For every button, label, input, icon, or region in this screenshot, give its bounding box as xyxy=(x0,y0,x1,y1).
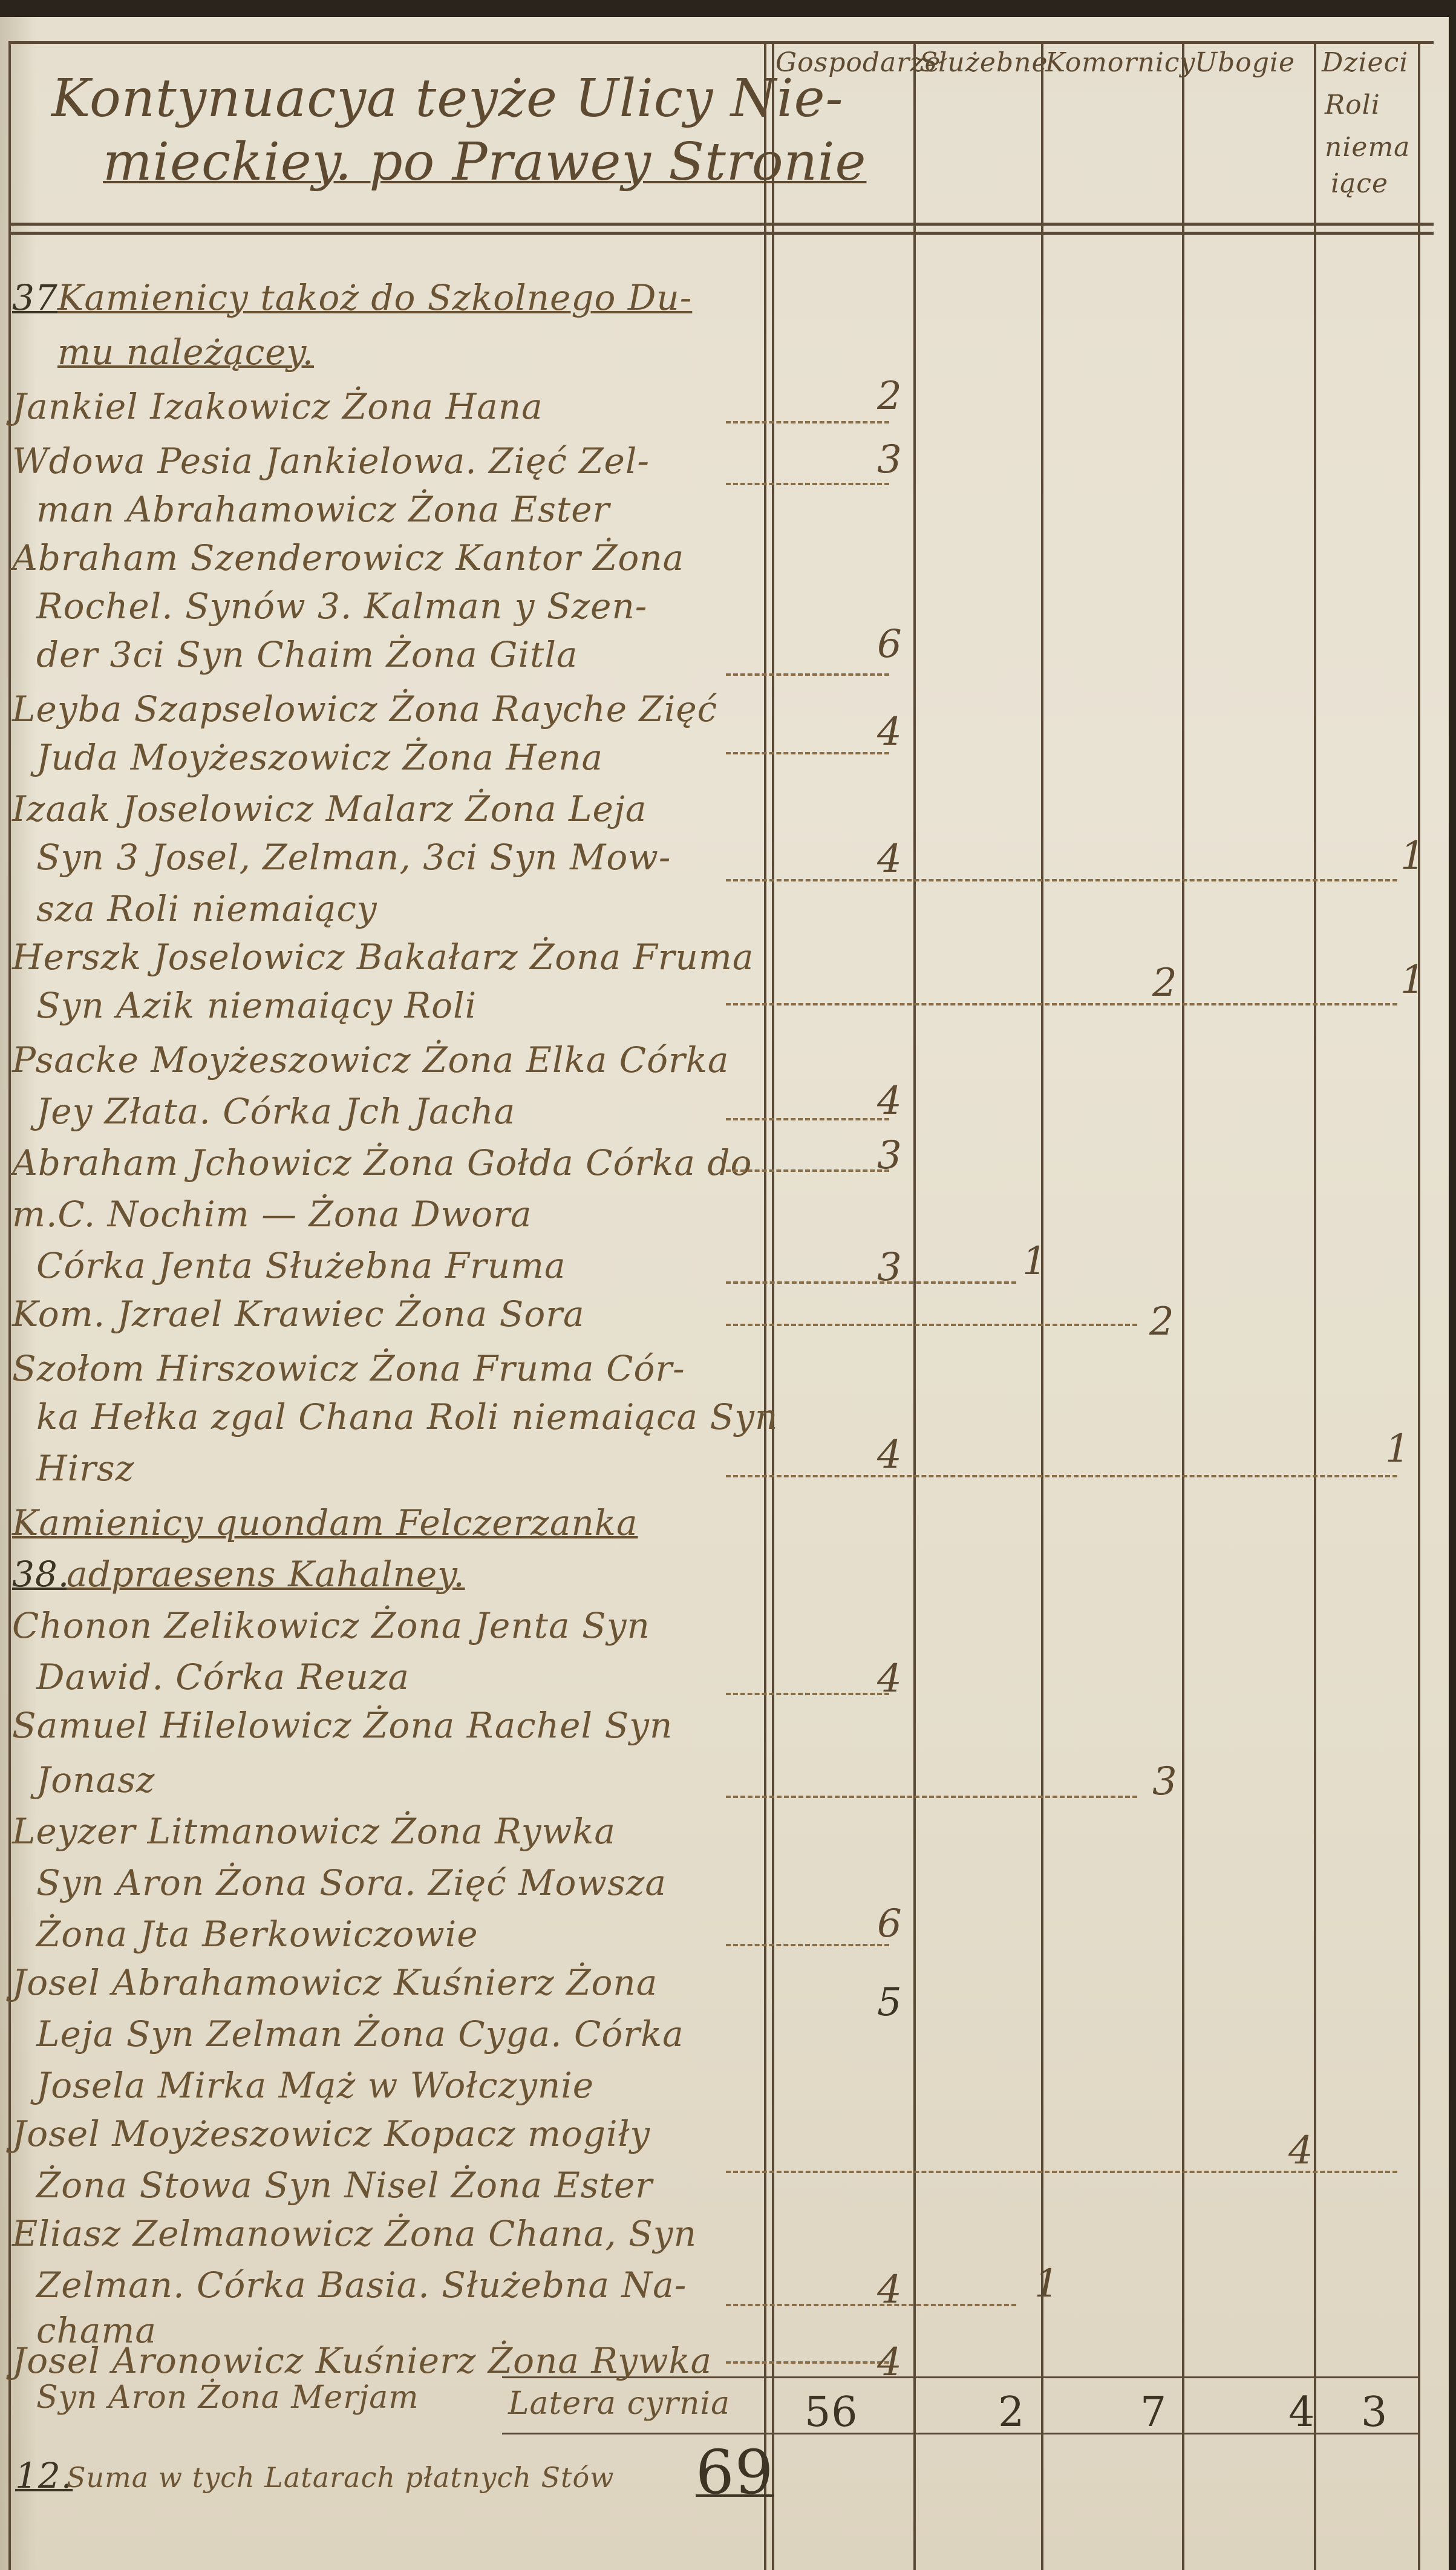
column-header-sluzebne: Służebne xyxy=(919,47,1048,78)
header-divider-line-1 xyxy=(9,223,1434,226)
leader-line xyxy=(726,1693,889,1695)
section-38-heading-1: Kamienicy quondam Felczerzanka xyxy=(12,1502,638,1543)
entry-line: Dawid. Córka Reuza xyxy=(36,1656,410,1698)
entry-line: Leyzer Litmanowicz Żona Rywka xyxy=(12,1811,616,1852)
section-37-heading-1: Kamienicy takoż do Szkolnego Du- xyxy=(57,277,692,318)
entry-line: Hirsz xyxy=(36,1448,134,1489)
value-komornicy: 3 xyxy=(1152,1759,1178,1804)
value-gospodarze: 4 xyxy=(877,1656,903,1701)
leader-line xyxy=(726,2361,889,2364)
entry-line: sza Roli niemaiący xyxy=(36,888,377,929)
totals-label: Latera cyrnia xyxy=(508,2385,730,2422)
entry-line: der 3ci Syn Chaim Żona Gitla xyxy=(36,634,578,675)
value-sluzebne: 1 xyxy=(1034,2261,1060,2306)
komornicy-column-line xyxy=(1182,41,1184,2570)
column-header-dzieci-2: Roli xyxy=(1325,90,1380,120)
name-column-line-2 xyxy=(772,41,774,2570)
value-gospodarze: 3 xyxy=(877,1245,903,1290)
entry-line: Abraham Jchowicz Żona Gołda Córka do xyxy=(12,1142,752,1183)
leader-line xyxy=(726,1944,889,1946)
entry-line: m.C. Nochim — Żona Dwora xyxy=(12,1194,532,1235)
sluzebne-column-line xyxy=(1041,41,1043,2570)
entry-line: Abraham Szenderowicz Kantor Żona xyxy=(12,537,684,578)
page-title-line-2: mieckiey. po Prawey Stronie xyxy=(103,132,866,192)
leader-line xyxy=(726,1796,1137,1798)
value-gospodarze: 3 xyxy=(877,1133,903,1178)
value-gospodarze: 6 xyxy=(877,622,903,667)
entry-line: Jonasz xyxy=(36,1759,155,1800)
entry-line: Córka Jenta Służebna Fruma xyxy=(36,1245,566,1286)
value-gospodarze: 4 xyxy=(877,710,903,754)
value-ubogie: 4 xyxy=(1288,2128,1314,2173)
entry-line: Herszk Joselowicz Bakałarz Żona Fruma xyxy=(12,937,754,978)
entry-line: Wdowa Pesia Jankielowa. Zięć Zel- xyxy=(12,440,650,482)
totals-bottom-line xyxy=(502,2433,1418,2434)
entry-line: man Abrahamowicz Żona Ester xyxy=(36,489,610,530)
entry-line: Szołom Hirszowicz Żona Fruma Cór- xyxy=(12,1348,685,1389)
header-divider-line-2 xyxy=(9,232,1434,235)
column-header-ubogie: Ubogie xyxy=(1195,47,1295,78)
entry-line: Zelman. Córka Basia. Służebna Na- xyxy=(36,2264,687,2306)
value-gospodarze: 4 xyxy=(877,2268,903,2312)
total-sluzebne: 2 xyxy=(998,2389,1025,2436)
value-gospodarze: 4 xyxy=(877,837,903,881)
total-ubogie: 4 xyxy=(1288,2389,1315,2436)
total-gospodarze: 56 xyxy=(805,2389,858,2436)
value-gospodarze: 5 xyxy=(877,1980,903,2025)
leader-line xyxy=(726,673,889,676)
value-gospodarze: 6 xyxy=(877,1901,903,1946)
column-header-gospodarze: Gospodarze xyxy=(775,47,941,78)
entry-line: Samuel Hilelowicz Żona Rachel Syn xyxy=(12,1705,673,1746)
leader-line xyxy=(726,1118,889,1120)
leader-line xyxy=(726,1281,1016,1284)
name-column-line-1 xyxy=(764,41,766,2570)
value-dzieci: 1 xyxy=(1400,834,1426,878)
entry-line: Josel Moyżeszowicz Kopacz mogiły xyxy=(12,2113,650,2154)
page-title-line-1: Kontynuacya teyże Ulicy Nie- xyxy=(51,68,844,129)
entry-line: Jey Złata. Córka Jch Jacha xyxy=(36,1091,515,1132)
leader-line xyxy=(726,1324,1137,1326)
gospodarze-column-line xyxy=(913,41,916,2570)
left-border-line xyxy=(8,41,11,2570)
value-sluzebne: 1 xyxy=(1022,1239,1048,1284)
total-komornicy: 7 xyxy=(1140,2389,1167,2436)
leader-line xyxy=(726,1169,889,1172)
column-header-dzieci-4: iące xyxy=(1331,168,1388,199)
entry-line: Juda Moyżeszowicz Żona Hena xyxy=(36,737,603,778)
entry-line: Josela Mirka Mąż w Wołczynie xyxy=(36,2065,594,2106)
leader-line xyxy=(726,752,889,754)
entry-line: Leja Syn Zelman Żona Cyga. Córka xyxy=(36,2013,684,2055)
entry-line: ka Hełka zgal Chana Roli niemaiąca Syn xyxy=(36,1396,778,1437)
entry-line: Jankiel Izakowicz Żona Hana xyxy=(12,386,543,427)
leader-line xyxy=(726,421,889,423)
leader-line xyxy=(726,2304,1016,2306)
leader-line xyxy=(726,1475,1397,1477)
leader-line xyxy=(726,1003,1397,1005)
entry-line: Żona Jta Berkowiczowie xyxy=(36,1914,478,1955)
entry-line: Izaak Joselowicz Malarz Żona Leja xyxy=(12,788,647,829)
total-dzieci: 3 xyxy=(1361,2389,1388,2436)
column-header-dzieci-1: Dzieci xyxy=(1322,47,1408,78)
value-gospodarze: 2 xyxy=(877,374,903,419)
section-37-heading-2: mu należącey. xyxy=(57,332,314,373)
entry-line: Syn Aron Żona Merjam xyxy=(36,2379,419,2416)
leader-line xyxy=(726,483,889,485)
entry-line: Psacke Moyżeszowicz Żona Elka Córka xyxy=(12,1039,729,1081)
dzieci-column-line xyxy=(1418,41,1420,2570)
section-38-heading-2: adpraesens Kahalney. xyxy=(67,1554,465,1595)
ubogie-column-line xyxy=(1314,41,1316,2570)
entry-line: Syn 3 Josel, Zelman, 3ci Syn Mow- xyxy=(36,837,671,878)
entry-line: Syn Azik niemaiący Roli xyxy=(36,985,477,1026)
leader-line xyxy=(726,879,1397,881)
value-komornicy: 2 xyxy=(1149,1300,1175,1344)
value-gospodarze: 4 xyxy=(877,1079,903,1123)
entry-line: Leyba Szapselowicz Żona Rayche Zięć xyxy=(12,688,717,730)
value-gospodarze: 4 xyxy=(877,1433,903,1477)
section-number-37: 37 xyxy=(12,277,58,318)
entry-line: Żona Stowa Syn Nisel Żona Ester xyxy=(36,2165,653,2206)
section-number-38: 38. xyxy=(12,1554,70,1595)
summary-number: 12. xyxy=(15,2455,73,2496)
value-gospodarze: 4 xyxy=(877,2340,903,2385)
entry-line: Josel Aronowicz Kuśnierz Żona Rywka xyxy=(12,2340,712,2381)
entry-line: Syn Aron Żona Sora. Zięć Mowsza xyxy=(36,1862,667,1903)
summary-value: 69 xyxy=(696,2437,774,2508)
value-komornicy: 2 xyxy=(1152,961,1178,1005)
entry-line: Josel Abrahamowicz Kuśnierz Żona xyxy=(12,1962,658,2003)
value-dzieci: 1 xyxy=(1400,958,1426,1002)
value-gospodarze: 3 xyxy=(877,437,903,482)
summary-label: Suma w tych Latarach płatnych Stów xyxy=(67,2461,615,2494)
column-header-komornicy: Komornicy xyxy=(1045,47,1195,78)
entry-line: Chonon Zelikowicz Żona Jenta Syn xyxy=(12,1605,650,1646)
column-header-dzieci-3: niema xyxy=(1325,132,1410,163)
entry-line: Eliasz Zelmanowicz Żona Chana, Syn xyxy=(12,2213,697,2254)
top-border-line xyxy=(9,41,1434,44)
manuscript-page: Kontynuacya teyże Ulicy Nie- mieckiey. p… xyxy=(0,17,1449,2570)
entry-line: Kom. Jzrael Krawiec Żona Sora xyxy=(12,1293,585,1335)
value-dzieci: 1 xyxy=(1385,1427,1411,1471)
entry-line: Rochel. Synów 3. Kalman y Szen- xyxy=(36,586,647,627)
